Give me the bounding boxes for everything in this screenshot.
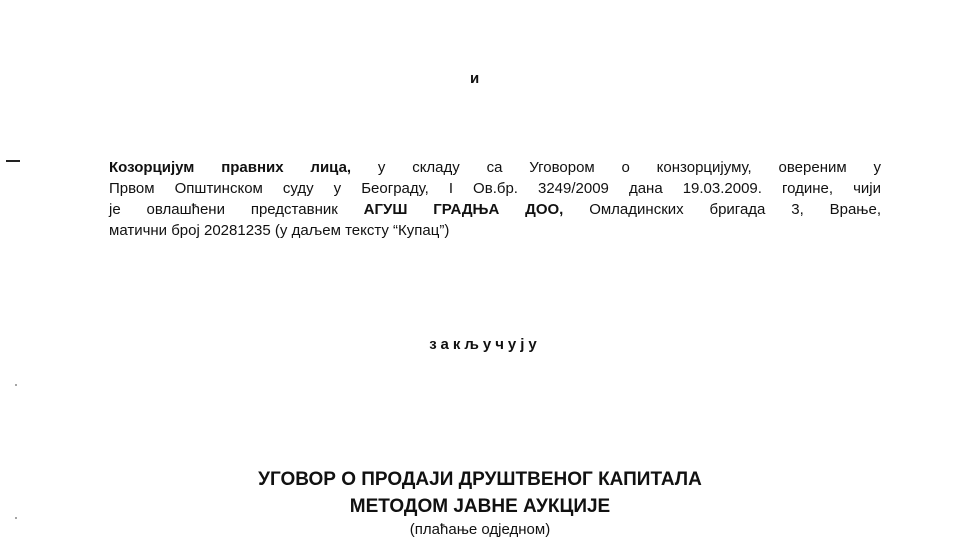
party-line-3: је овлашћени представник АГУШ ГРАДЊА ДОО…: [109, 199, 881, 220]
contract-title-line-2: МЕТОДОМ ЈАВНЕ АУКЦИЈЕ: [0, 496, 960, 518]
party-line-1: Козорцијум правних лица, у складу са Уго…: [109, 157, 881, 178]
conjunction-and: и: [470, 70, 479, 87]
consortium-name: Козорцијум правних лица,: [109, 159, 351, 176]
margin-dash-mark: [6, 160, 20, 162]
representative-name: АГУШ ГРАДЊА ДОО,: [364, 201, 564, 218]
party-line-2: Првом Општинском суду у Београду, I Ов.б…: [109, 178, 881, 199]
scan-speck: [15, 384, 17, 386]
conclude-verb: закључују: [0, 336, 960, 353]
contract-subtitle: (плаћање одједном): [0, 521, 960, 538]
contract-title-line-1: УГОВОР О ПРОДАЈИ ДРУШТВЕНОГ КАПИТАЛА: [0, 469, 960, 491]
party-line-4: матични број 20281235 (у даљем тексту “К…: [109, 220, 881, 241]
party-paragraph: Козорцијум правних лица, у складу са Уго…: [109, 157, 881, 241]
